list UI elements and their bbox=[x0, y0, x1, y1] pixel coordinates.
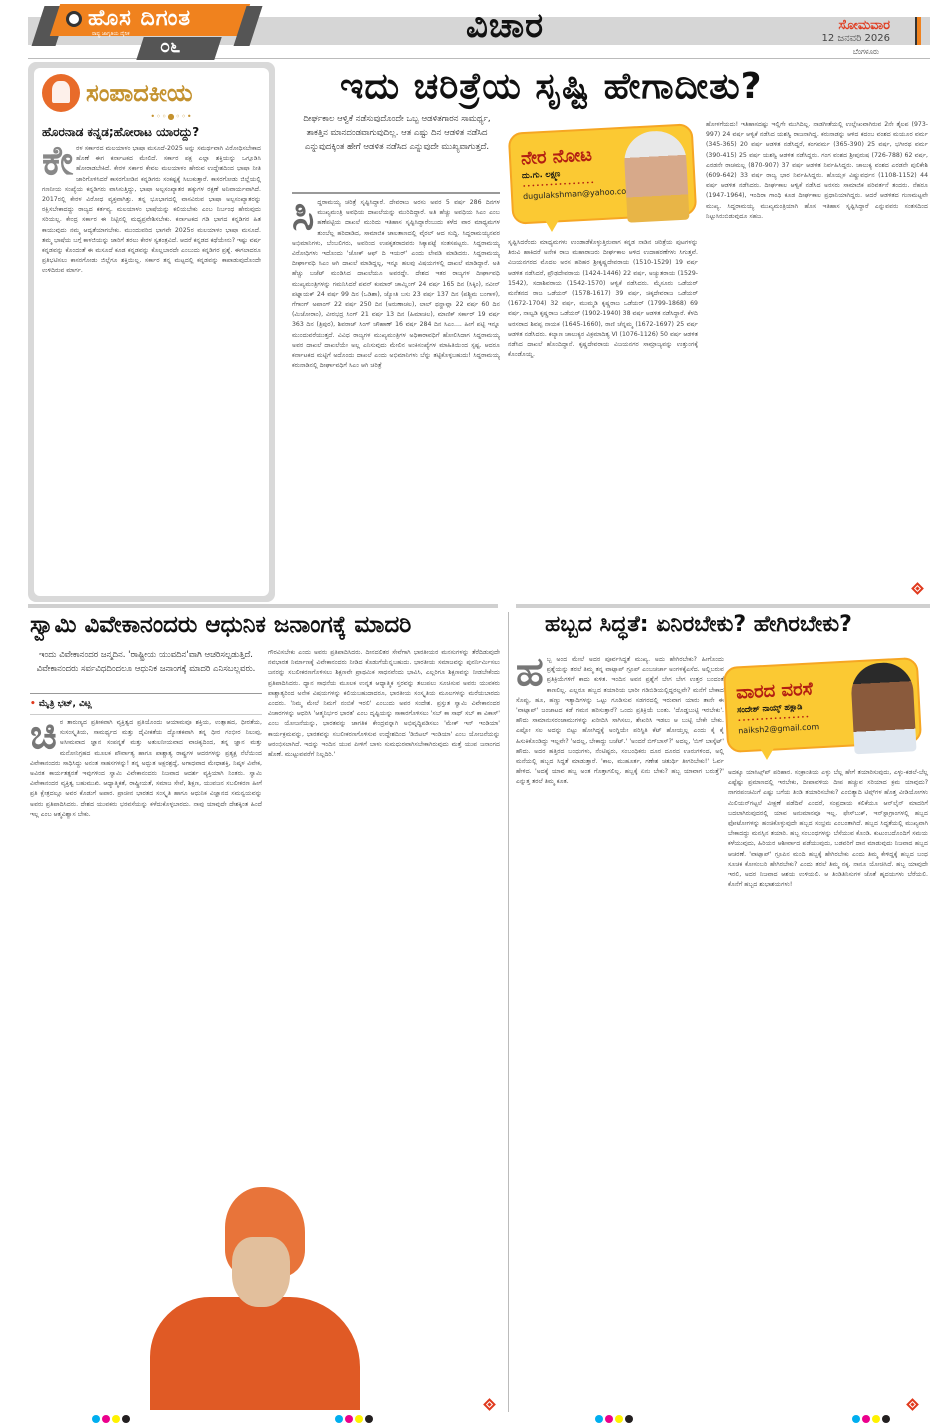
section-divider-left bbox=[28, 604, 498, 608]
dropcap: ಹ bbox=[516, 655, 544, 689]
vivekananda-deck: ಇಂದು ವಿವೇಕಾನಂದರ ಜನ್ಮದಿನ. 'ರಾಷ್ಟ್ರೀಯ ಯುವದ… bbox=[30, 648, 262, 676]
cmyk-registration-mark bbox=[335, 1415, 373, 1423]
city: ಬೆಂಗಳೂರು bbox=[853, 48, 879, 57]
cmyk-registration-mark bbox=[92, 1415, 130, 1423]
columnist-card-vaarada-varase: ವಾರದ ವರಸೆ ಸಂದೇಶ್ ನಾಯ್ಕ್ ಹಕ್ಲಾಡಿ ••••••••… bbox=[723, 657, 922, 753]
portrait-face bbox=[232, 1237, 290, 1307]
dropcap: ಕೇ bbox=[42, 144, 73, 178]
vivekananda-headline[interactable]: ಸ್ವಾಮಿ ವಿವೇಕಾನಂದರು ಆಧುನಿಕ ಜನಾಂಗಕ್ಕೆ ಮಾದರ… bbox=[30, 612, 411, 638]
dateline: ಸೋಮವಾರ 12 ಜನವರಿ 2026 bbox=[821, 18, 890, 44]
section-title: ವಿಚಾರ bbox=[466, 6, 544, 46]
author-photo bbox=[850, 661, 917, 754]
festival-column-2: ಅದಕ್ಕೂ ಯಾಸಿಟ್ಸ್‌ಪ್ ಪರಿಹಾರ. ಸಂಕ್ರಾಂತಿಯ ಎಳ… bbox=[728, 768, 928, 1406]
main-article-headline[interactable]: ಇದು ಚರಿತ್ರೆಯ ಸೃಷ್ಟಿ ಹೇಗಾದೀತು? bbox=[340, 66, 763, 108]
portrait-robe bbox=[150, 1297, 360, 1410]
logo-emblem-icon bbox=[66, 11, 82, 27]
section-divider-right bbox=[516, 604, 930, 608]
cmyk-registration-mark bbox=[595, 1415, 633, 1423]
dropcap: ಚಿ bbox=[30, 718, 57, 752]
cmyk-registration-mark bbox=[852, 1415, 890, 1423]
date: 12 ಜನವರಿ 2026 bbox=[821, 33, 890, 44]
editorial-emblem-icon bbox=[42, 74, 80, 112]
main-article-column-3: ಹೋಳಗೆಯದು! ಇತಿಹಾಸದಷ್ಟು ಇಲ್ಲಿಗೇ ಮುಗಿದಿಲ್ಲ.… bbox=[706, 120, 928, 590]
byline: ಮೈತ್ರಿ ಭಟ್, ವಿಟ್ಲ bbox=[30, 699, 92, 709]
ornament-divider: •◦◦●◦◦• bbox=[82, 112, 261, 121]
main-article-deck: ದೀರ್ಘಕಾಲ ಆಳ್ವಿಕೆ ನಡೆಸುವುದೊಂದೇ ಒಬ್ಬ ಆಡಳಿತ… bbox=[292, 112, 502, 154]
deck-rule bbox=[292, 192, 500, 194]
vivekananda-portrait bbox=[150, 1182, 360, 1410]
deck-rule bbox=[30, 693, 262, 694]
callout-pointer bbox=[545, 220, 559, 232]
editorial-content: ಸಂಪಾದಕೀಯ •◦◦●◦◦• ಹೊರನಾಡ ಕನ್ನಡ;ಹೋರಾಟ ಯಾರದ… bbox=[34, 68, 269, 596]
festival-column-1: ಹ ಬ್ಬ ಅಂದ ಮೇಲೆ ಅದರ ಪೂರ್ವಸಿದ್ಧತೆ ಮುಖ್ಯ. ಅ… bbox=[516, 655, 724, 1405]
editorial-header: ಸಂಪಾದಕೀಯ bbox=[42, 74, 261, 112]
page-number: ೦೬ bbox=[160, 36, 180, 57]
callout-pointer bbox=[760, 748, 774, 760]
editorial-headline[interactable]: ಹೊರನಾಡ ಕನ್ನಡ;ಹೋರಾಟ ಯಾರದ್ದು? bbox=[42, 125, 261, 140]
festival-headline[interactable]: ಹಬ್ಬದ ಸಿದ್ಧತೆ: ಏನಿರಬೇಕು? ಹೇಗಿರಬೇಕು? bbox=[545, 612, 852, 637]
newspaper-logo[interactable]: ಹೊಸ ದಿಗಂತ bbox=[88, 6, 191, 31]
weekday: ಸೋಮವಾರ bbox=[821, 18, 890, 33]
editorial-box: ಸಂಪಾದಕೀಯ •◦◦●◦◦• ಹೊರನಾಡ ಕನ್ನಡ;ಹೋರಾಟ ಯಾರದ… bbox=[28, 62, 275, 602]
date-accent-bar bbox=[915, 17, 921, 45]
masthead: ಹೊಸ ದಿಗಂತ ರಾಷ್ಟ್ರ ಜಾಗೃತಿಯ ದೈನಿಕ ೦೬ ವಿಚಾರ… bbox=[0, 0, 945, 60]
author-photo bbox=[623, 130, 690, 223]
editorial-label: ಸಂಪಾದಕೀಯ bbox=[86, 79, 193, 107]
main-article-column-1: ಸಿ ದ್ದರಾಮಯ್ಯ ಚರಿತ್ರೆ ಸೃಷ್ಟಿಸಿದ್ದಾರೆ. ದೇವ… bbox=[292, 198, 500, 593]
logo-tagline: ರಾಷ್ಟ್ರ ಜಾಗೃತಿಯ ದೈನಿಕ bbox=[92, 31, 130, 37]
dropcap: ಸಿ bbox=[292, 198, 314, 232]
editorial-body: ಕೇ ರಳ ಸರ್ಕಾರದ ಮಲಯಾಳಂ ಭಾಷಾ ಮಸೂದೆ-2025 ಅನ್… bbox=[42, 144, 261, 277]
main-article-column-2: ಸೃಷ್ಟಿಸಿದರೆಂದು ಮಾಧ್ಯಮಗಳು ಉಂಡಾಡೆಕೊಳ್ಳುತ್ತ… bbox=[508, 238, 698, 593]
columnist-card-neera-nota: ನೇರ ನೋಟ ದು.ಗು. ಲಕ್ಷ್ಮಣ •••••••••••••••• … bbox=[508, 123, 698, 225]
byline-rule bbox=[30, 714, 262, 715]
column-divider bbox=[508, 612, 509, 1412]
